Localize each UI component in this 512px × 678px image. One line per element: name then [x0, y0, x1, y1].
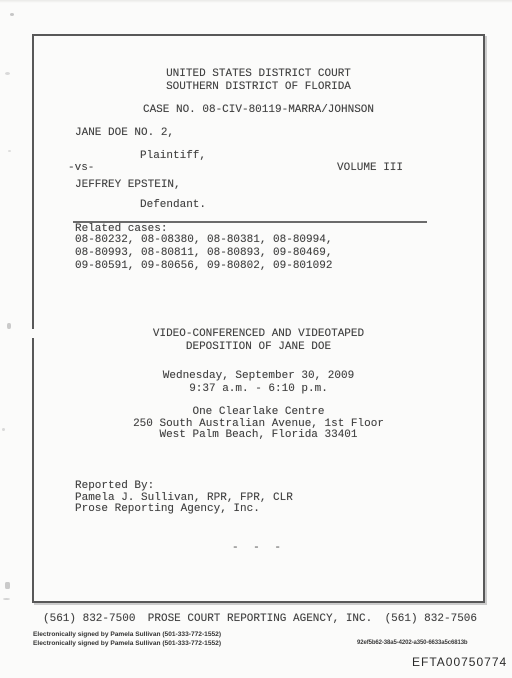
document-id: 92ef5b62-38a5-4202-a350-6633a5c6813b: [357, 640, 468, 646]
scan-artifact: [7, 323, 11, 329]
related-cases-line: 08-80232, 08-08380, 08-80381, 08-80994,: [75, 234, 332, 247]
end-separator: - - -: [34, 542, 483, 555]
deposition-title-line1: VIDEO-CONFERENCED AND VIDEOTAPED: [34, 328, 483, 341]
reporter-agency: Prose Reporting Agency, Inc.: [75, 503, 260, 516]
scan-artifact: [3, 598, 10, 600]
deposition-time: 9:37 a.m. - 6:10 p.m.: [34, 383, 483, 396]
defendant-name: JEFFREY EPSTEIN,: [75, 179, 181, 192]
footer-phone-right: (561) 832-7506: [385, 613, 477, 626]
versus-label: -vs-: [68, 162, 94, 175]
case-number: CASE NO. 08-CIV-80119-MARRA/JOHNSON: [34, 104, 483, 117]
reporting-agency-footer: (561) 832-7500 PROSE COURT REPORTING AGE…: [43, 613, 477, 626]
scan-artifact: [8, 150, 11, 152]
scan-artifact: [31, 329, 35, 338]
court-name-line1: UNITED STATES DISTRICT COURT: [34, 68, 483, 81]
bates-number: EFTA00750774: [412, 655, 507, 669]
court-name-line2: SOUTHERN DISTRICT OF FLORIDA: [34, 81, 483, 94]
document-border-box: UNITED STATES DISTRICT COURT SOUTHERN DI…: [32, 34, 485, 603]
related-cases-line: 09-80591, 09-80656, 09-80802, 09-801092: [75, 260, 332, 273]
footer-phone-left: (561) 832-7500: [43, 613, 135, 626]
scan-artifact: [5, 582, 10, 589]
volume-label: VOLUME III: [337, 162, 403, 175]
location-line: West Palm Beach, Florida 33401: [34, 429, 483, 442]
scan-artifact: [5, 72, 10, 75]
electronic-signature-line1: Electronically signed by Pamela Sullivan…: [33, 631, 221, 639]
defendant-role: Defendant.: [140, 199, 206, 212]
plaintiff-role: Plaintiff,: [140, 150, 206, 163]
deposition-date: Wednesday, September 30, 2009: [34, 370, 483, 383]
electronic-signature-line2: Electronically signed by Pamela Sullivan…: [33, 640, 221, 648]
scan-artifact: [2, 428, 5, 431]
related-cases-line: 08-80993, 08-80811, 08-80893, 09-80469,: [75, 247, 332, 260]
deposition-cover-page: UNITED STATES DISTRICT COURT SOUTHERN DI…: [0, 0, 512, 678]
scan-artifact: [10, 13, 14, 16]
plaintiff-name: JANE DOE NO. 2,: [75, 127, 174, 140]
footer-agency-name: PROSE COURT REPORTING AGENCY, INC.: [148, 613, 372, 626]
deposition-title-line2: DEPOSITION OF JANE DOE: [34, 341, 483, 354]
